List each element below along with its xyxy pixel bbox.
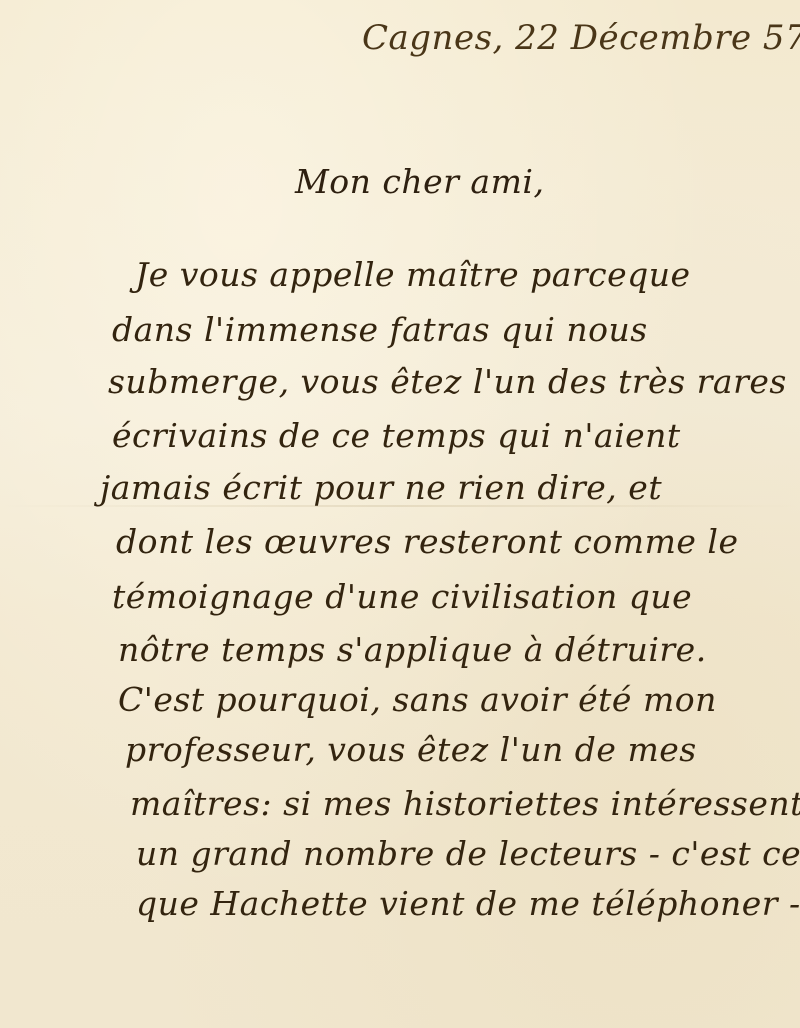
- letter-salutation: Mon cher ami,: [295, 162, 544, 201]
- letter-line: un grand nombre de lecteurs - c'est ce: [136, 834, 800, 873]
- letter-line: jamais écrit pour ne rien dire, et: [100, 468, 662, 507]
- letter-line: maîtres: si mes historiettes intéressent: [130, 784, 800, 823]
- letter-line: professeur, vous êtez l'un de mes: [125, 730, 697, 769]
- letter-line: nôtre temps s'applique à détruire.: [118, 630, 707, 669]
- letter-line: dans l'immense fatras qui nous: [112, 310, 648, 349]
- letter-page: Cagnes, 22 Décembre 57. Mon cher ami, Je…: [0, 0, 800, 1028]
- letter-line: C'est pourquoi, sans avoir été mon: [118, 680, 717, 719]
- letter-line: dont les œuvres resteront comme le: [116, 522, 738, 561]
- letter-dateline: Cagnes, 22 Décembre 57.: [362, 18, 800, 58]
- letter-line: submerge, vous êtez l'un des très rares: [108, 362, 787, 401]
- letter-line: témoignage d'une civilisation que: [112, 577, 692, 616]
- letter-line: que Hachette vient de me téléphoner -: [136, 884, 800, 923]
- letter-line: écrivains de ce temps qui n'aient: [112, 416, 681, 455]
- letter-line: Je vous appelle maître parceque: [135, 255, 691, 294]
